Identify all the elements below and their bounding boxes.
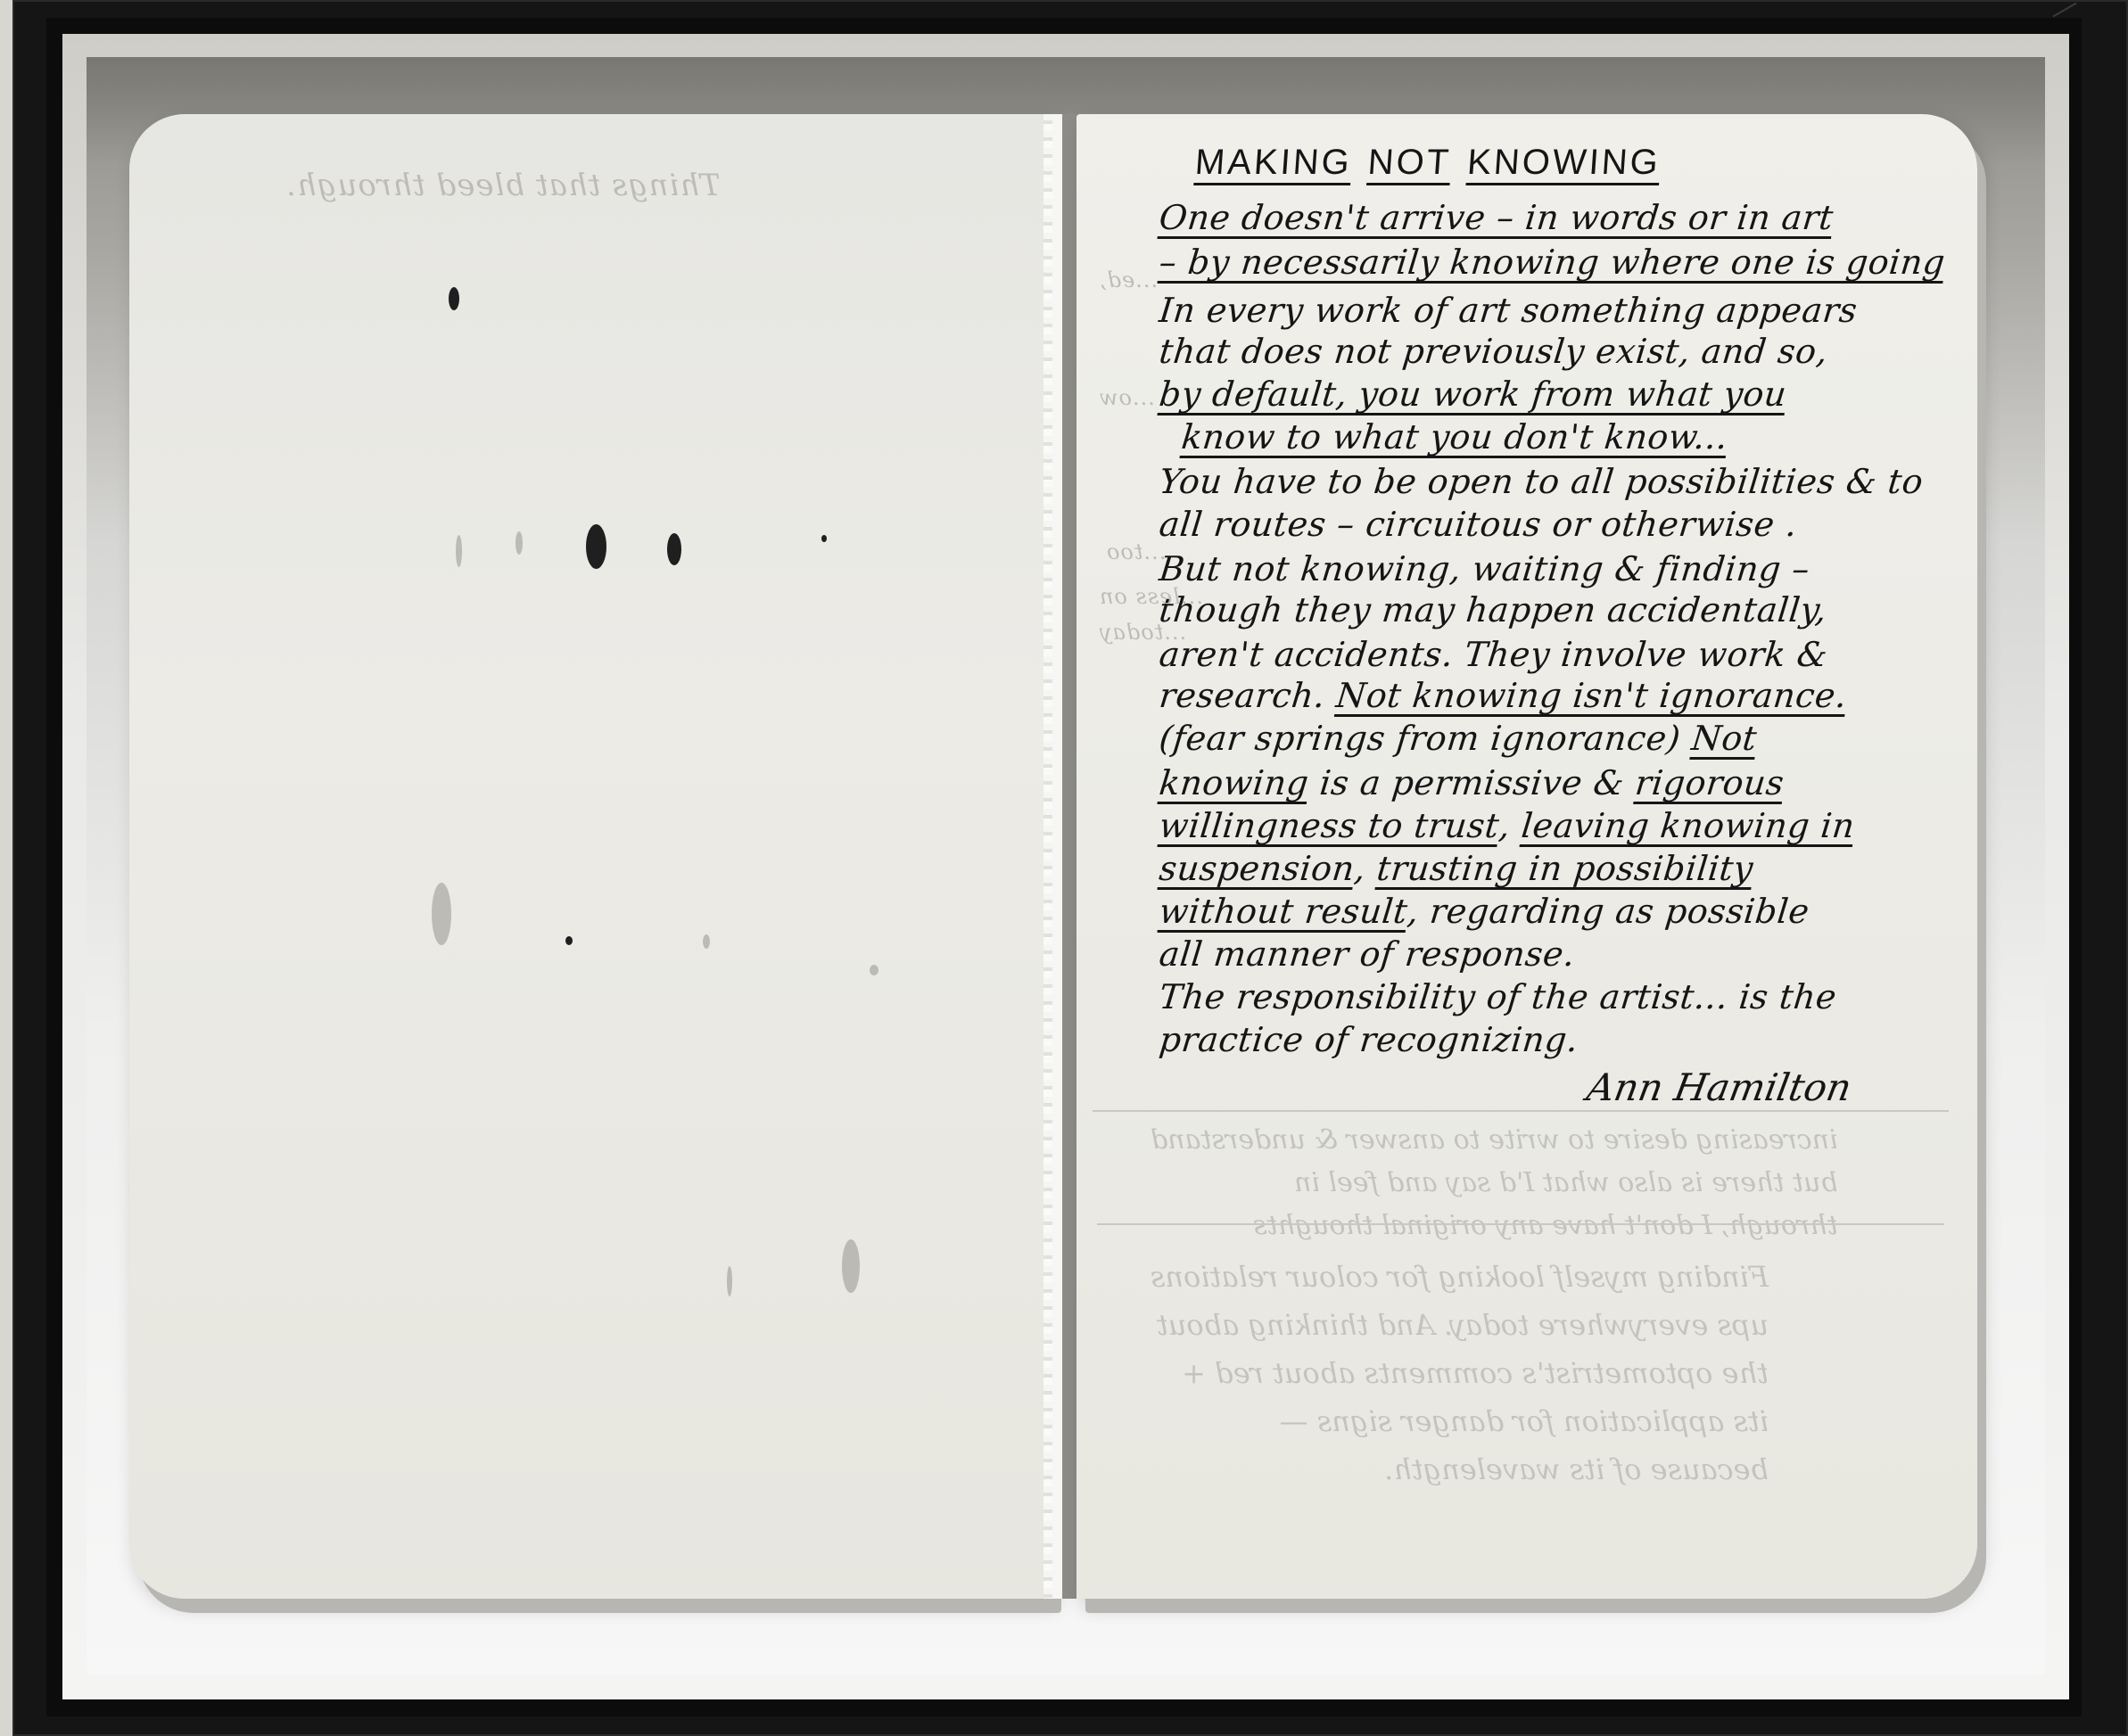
- manuscript-line-15: willingness to trust, leaving knowing in: [1158, 806, 1857, 845]
- margin-bleed-fragment: ...ow: [1099, 385, 1155, 410]
- left-page-bleed-through-header: Things that bleed through.: [285, 168, 721, 203]
- ink-spot: [449, 287, 459, 310]
- margin-bleed-fragment: ...ed,: [1099, 267, 1158, 292]
- bleed-rule-line: [1093, 1110, 1949, 1112]
- faint-ink-mark: [516, 531, 523, 555]
- faint-ink-mark: [727, 1266, 732, 1296]
- title-word-knowing: KNOWING: [1466, 143, 1662, 182]
- faint-ink-mark: [842, 1239, 860, 1293]
- manuscript-line-9: But not knowing, waiting & finding –: [1158, 549, 1812, 588]
- bleed-through-block-2: Finding myself looking for colour relati…: [1151, 1253, 1769, 1493]
- manuscript-line-8: all routes – circuitous or otherwise .: [1158, 505, 1800, 544]
- bleed-through-block-1: increasing desire to write to answer & u…: [1151, 1119, 1838, 1247]
- margin-bleed-fragment: ...too: [1106, 539, 1166, 564]
- left-page: [129, 114, 1052, 1599]
- ink-spot: [821, 535, 827, 542]
- manuscript-line-5: by default, you work from what you: [1158, 374, 1789, 414]
- manuscript-line-16: suspension, trusting in possibility: [1158, 849, 1755, 888]
- faint-ink-mark: [432, 883, 451, 945]
- page-gutter: [1052, 114, 1076, 1599]
- manuscript-line-14: knowing is a permissive & rigorous: [1158, 763, 1786, 802]
- faint-ink-mark: [870, 965, 878, 975]
- manuscript-line-20: practice of recognizing.: [1158, 1020, 1580, 1059]
- manuscript-line-7: You have to be open to all possibilities…: [1158, 462, 1926, 501]
- margin-bleed-fragment: ...less on: [1099, 584, 1203, 609]
- manuscript-line-17: without result, regarding as possible: [1158, 892, 1811, 931]
- manuscript-line-12: research. Not knowing isn't ignorance.: [1158, 676, 1849, 715]
- title-word-not: NOT: [1366, 143, 1453, 182]
- artist-signature: Ann Hamilton: [1584, 1065, 1855, 1109]
- title-word-making: MAKING: [1193, 143, 1353, 182]
- faint-ink-mark: [456, 535, 462, 567]
- manuscript-line-4: that does not previously exist, and so,: [1158, 332, 1830, 371]
- ink-spot: [565, 936, 573, 945]
- left-page-torn-edge: [1043, 114, 1052, 1599]
- manuscript-line-10: though they may happen accidentally,: [1158, 590, 1829, 629]
- manuscript-line-1: One doesn't arrive – in words or in art: [1158, 198, 1835, 237]
- ink-spot: [667, 533, 681, 565]
- manuscript-line-13: (fear springs from ignorance) Not: [1158, 719, 1759, 758]
- manuscript-line-19: The responsibility of the artist... is t…: [1158, 977, 1839, 1016]
- bleed-rule-line: [1097, 1223, 1944, 1225]
- manuscript-line-11: aren't accidents. They involve work &: [1158, 635, 1830, 674]
- manuscript-line-2: – by necessarily knowing where one is go…: [1158, 243, 1947, 282]
- faint-ink-mark: [703, 934, 710, 949]
- ink-spot: [586, 524, 606, 569]
- manuscript-line-3: In every work of art something appears: [1158, 291, 1860, 330]
- manuscript-line-6: know to what you don't know...: [1180, 417, 1730, 457]
- manuscript-line-18: all manner of response.: [1158, 934, 1577, 974]
- wall-edge: [0, 0, 12, 1736]
- margin-bleed-fragment: ...today: [1099, 620, 1186, 645]
- manuscript-title: MAKINGNOTKNOWING: [1193, 143, 1678, 183]
